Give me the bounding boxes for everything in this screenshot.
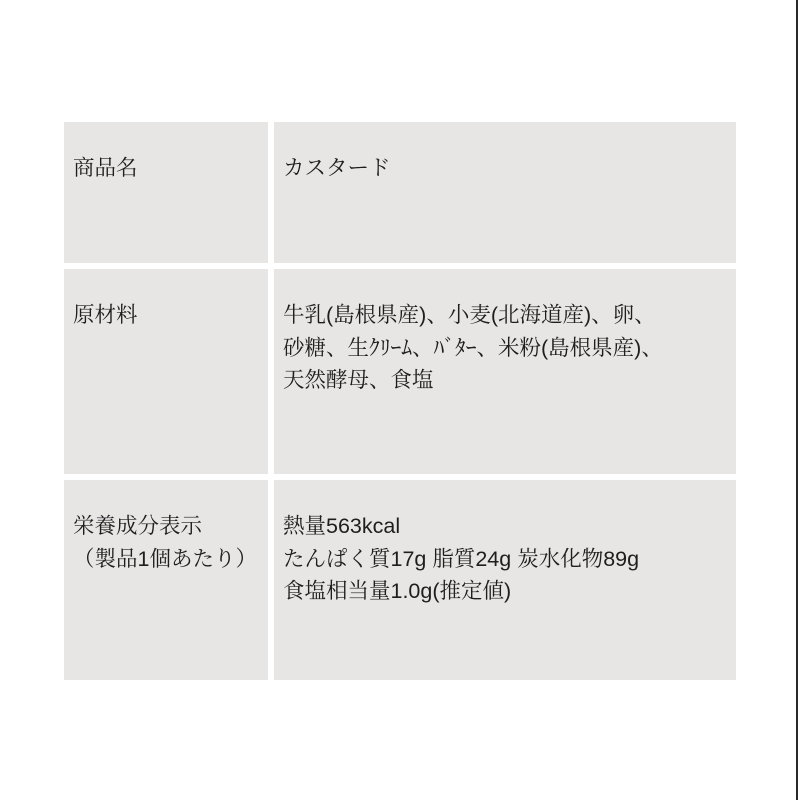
nutrition-value-line: 熱量563kcal bbox=[283, 510, 726, 543]
ingredients-value-cell: 牛乳(島根県産)、小麦(北海道産)、卵、 砂糖、生ｸﾘｰﾑ、ﾊﾞﾀｰ、米粉(島根… bbox=[274, 269, 736, 474]
nutrition-value-cell: 熱量563kcal たんぱく質17g 脂質24g 炭水化物89g 食塩相当量1.… bbox=[274, 480, 736, 680]
product-spec-table: 商品名 カスタード 原材料 牛乳(島根県産)、小麦(北海道産)、卵、 砂糖、生ｸ… bbox=[64, 122, 736, 680]
product-name-label-cell: 商品名 bbox=[64, 122, 268, 263]
ingredients-value-line: 砂糖、生ｸﾘｰﾑ、ﾊﾞﾀｰ、米粉(島根県産)、 bbox=[283, 332, 726, 365]
right-edge-artifact-line bbox=[796, 0, 798, 800]
ingredients-value-line: 牛乳(島根県産)、小麦(北海道産)、卵、 bbox=[283, 299, 726, 332]
ingredients-value-line: 天然酵母、食塩 bbox=[283, 364, 726, 397]
ingredients-label-cell: 原材料 bbox=[64, 269, 268, 474]
nutrition-value-line: 食塩相当量1.0g(推定値) bbox=[283, 575, 726, 608]
nutrition-label-line: （製品1個あたり） bbox=[73, 543, 258, 576]
product-spec-page: 商品名 カスタード 原材料 牛乳(島根県産)、小麦(北海道産)、卵、 砂糖、生ｸ… bbox=[0, 0, 800, 800]
product-name-value-cell: カスタード bbox=[274, 122, 736, 263]
nutrition-label-cell: 栄養成分表示 （製品1個あたり） bbox=[64, 480, 268, 680]
nutrition-value-line: たんぱく質17g 脂質24g 炭水化物89g bbox=[283, 543, 726, 576]
product-name-value: カスタード bbox=[283, 152, 726, 185]
ingredients-label: 原材料 bbox=[73, 299, 258, 332]
product-name-label: 商品名 bbox=[73, 152, 258, 185]
nutrition-label-line: 栄養成分表示 bbox=[73, 510, 258, 543]
